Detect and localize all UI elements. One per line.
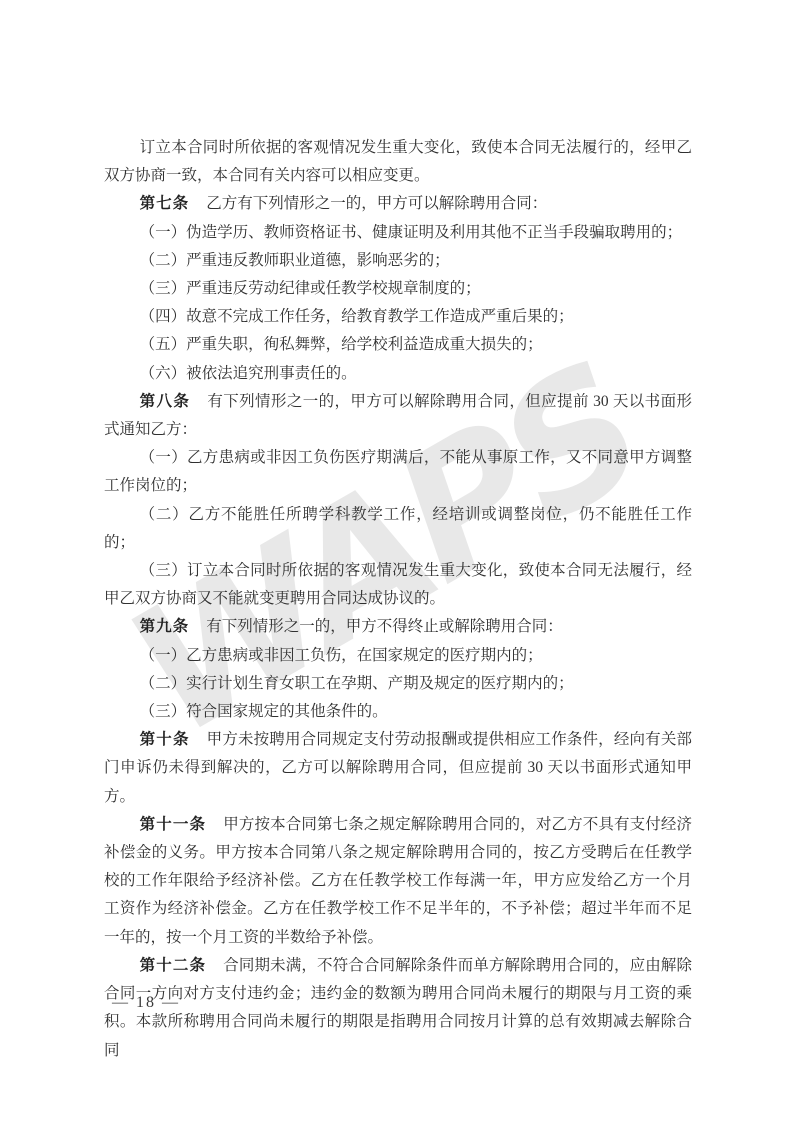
clause-8-text: 有下列情形之一的，甲方可以解除聘用合同，但应提前 30 天以书面形式通知乙方： bbox=[104, 393, 692, 438]
clause-8-title: 第八条 bbox=[140, 393, 191, 410]
clause-11: 第十一条甲方按本合同第七条之规定解除聘用合同的，对乙方不具有支付经济补偿金的义务… bbox=[104, 811, 692, 952]
clause-9-item-2: （二）实行计划生育女职工在孕期、产期及规定的医疗期内的； bbox=[104, 670, 692, 698]
clause-9-text: 有下列情形之一的，甲方不得终止或解除聘用合同： bbox=[206, 618, 563, 635]
clause-10: 第十条甲方未按聘用合同规定支付劳动报酬或提供相应工作条件，经向有关部门申诉仍未得… bbox=[104, 726, 692, 811]
clause-8-item-2: （二）乙方不能胜任所聘学科教学工作，经培训或调整岗位，仍不能胜任工作的； bbox=[104, 501, 692, 557]
clause-9-title: 第九条 bbox=[140, 618, 190, 635]
page-footer: — 18 — bbox=[112, 994, 180, 1012]
clause-7-item-2: （二）严重违反教师职业道德，影响恶劣的； bbox=[104, 247, 692, 275]
clause-7-item-1: （一）伪造学历、教师资格证书、健康证明及利用其他不正当手段骗取聘用的； bbox=[104, 219, 692, 247]
clause-7-item-4: （四）故意不完成工作任务，给教育教学工作造成严重后果的； bbox=[104, 303, 692, 331]
clause-9-item-1: （一）乙方患病或非因工负伤，在国家规定的医疗期内的； bbox=[104, 642, 692, 670]
clause-11-text: 甲方按本合同第七条之规定解除聘用合同的，对乙方不具有支付经济补偿金的义务。甲方按… bbox=[104, 816, 692, 946]
clause-10-title: 第十条 bbox=[140, 731, 190, 748]
clause-11-title: 第十一条 bbox=[140, 816, 207, 833]
clause-7: 第七条乙方有下列情形之一的，甲方可以解除聘用合同： bbox=[104, 190, 692, 218]
clause-9: 第九条有下列情形之一的，甲方不得终止或解除聘用合同： bbox=[104, 613, 692, 641]
paragraph-intro: 订立本合同时所依据的客观情况发生重大变化，致使本合同无法履行的，经甲乙双方协商一… bbox=[104, 134, 692, 190]
clause-7-item-3: （三）严重违反劳动纪律或任教学校规章制度的； bbox=[104, 275, 692, 303]
document-page: WAPS 订立本合同时所依据的客观情况发生重大变化，致使本合同无法履行的，经甲乙… bbox=[0, 0, 793, 1122]
clause-12: 第十二条合同期未满，不符合合同解除条件而单方解除聘用合同的，应由解除合同一方向对… bbox=[104, 952, 692, 1065]
clause-7-text: 乙方有下列情形之一的，甲方可以解除聘用合同： bbox=[206, 195, 547, 212]
page-number: — 18 — bbox=[112, 994, 180, 1011]
clause-12-title: 第十二条 bbox=[140, 957, 207, 974]
clause-8: 第八条有下列情形之一的，甲方可以解除聘用合同，但应提前 30 天以书面形式通知乙… bbox=[104, 388, 692, 444]
clause-7-title: 第七条 bbox=[140, 195, 190, 212]
clause-7-item-5: （五）严重失职，徇私舞弊，给学校利益造成重大损失的； bbox=[104, 331, 692, 359]
clause-9-item-3: （三）符合国家规定的其他条件的。 bbox=[104, 698, 692, 726]
clause-7-item-6: （六）被依法追究刑事责任的。 bbox=[104, 360, 692, 388]
clause-10-text: 甲方未按聘用合同规定支付劳动报酬或提供相应工作条件，经向有关部门申诉仍未得到解决… bbox=[104, 731, 692, 804]
contract-body: 订立本合同时所依据的客观情况发生重大变化，致使本合同无法履行的，经甲乙双方协商一… bbox=[104, 134, 692, 1065]
clause-8-item-1: （一）乙方患病或非因工负伤医疗期满后，不能从事原工作，又不同意甲方调整工作岗位的… bbox=[104, 444, 692, 500]
clause-8-item-3: （三）订立本合同时所依据的客观情况发生重大变化，致使本合同无法履行，经甲乙双方协… bbox=[104, 557, 692, 613]
